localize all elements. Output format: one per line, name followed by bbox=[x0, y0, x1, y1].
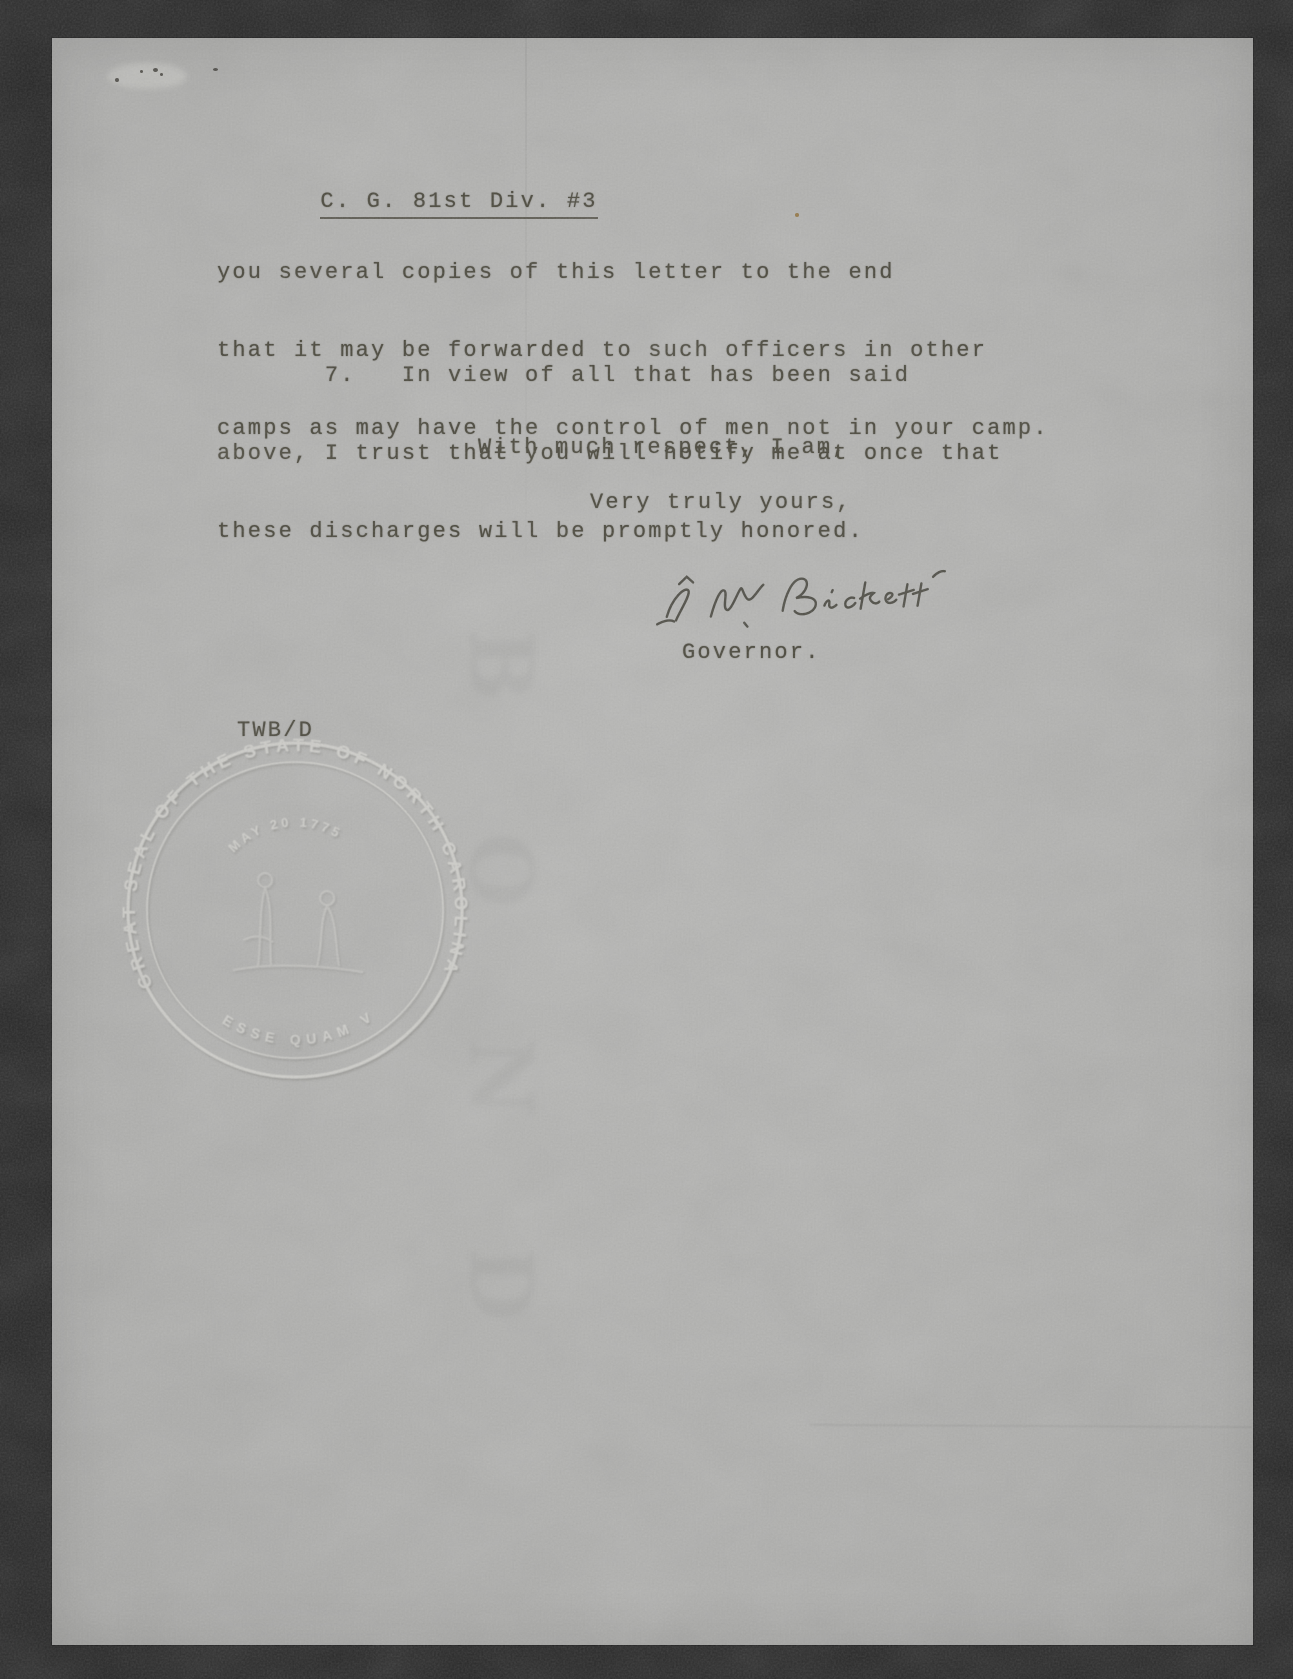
ink-smudge bbox=[107, 63, 187, 89]
closing-respect-line: With much respect, I am, bbox=[478, 435, 848, 461]
closing-valediction: Very truly yours, bbox=[590, 490, 852, 516]
ink-speck bbox=[115, 78, 119, 82]
seal-figures bbox=[233, 873, 363, 972]
body-line: 7. In view of all that has been said bbox=[217, 363, 1003, 389]
ink-speck bbox=[160, 73, 163, 76]
signer-title: Governor. bbox=[682, 640, 821, 666]
scanned-letter-page: BOND bbox=[0, 0, 1293, 1679]
seal-date-text: MAY 20 1775 bbox=[225, 814, 342, 855]
ink-speck bbox=[153, 68, 158, 72]
signature-handwriting-icon bbox=[640, 550, 954, 646]
ink-speck bbox=[140, 70, 143, 73]
letter-paper: BOND bbox=[52, 38, 1253, 1645]
horizontal-fold-crease bbox=[810, 1424, 1252, 1428]
seal-ring-text: GREAT SEAL OF THE STATE OF NORTH CAROLIN… bbox=[119, 735, 471, 992]
seal-inner-ring bbox=[147, 762, 443, 1058]
seal-graphic: GREAT SEAL OF THE STATE OF NORTH CAROLIN… bbox=[115, 730, 475, 1090]
typist-initials: TWB/D bbox=[237, 718, 314, 744]
governor-signature bbox=[640, 550, 954, 646]
ink-speck bbox=[213, 68, 218, 71]
body-line: you several copies of this letter to the… bbox=[217, 260, 1049, 286]
body-line: these discharges will be promptly honore… bbox=[217, 519, 1003, 545]
embossed-state-seal: GREAT SEAL OF THE STATE OF NORTH CAROLIN… bbox=[115, 730, 475, 1090]
